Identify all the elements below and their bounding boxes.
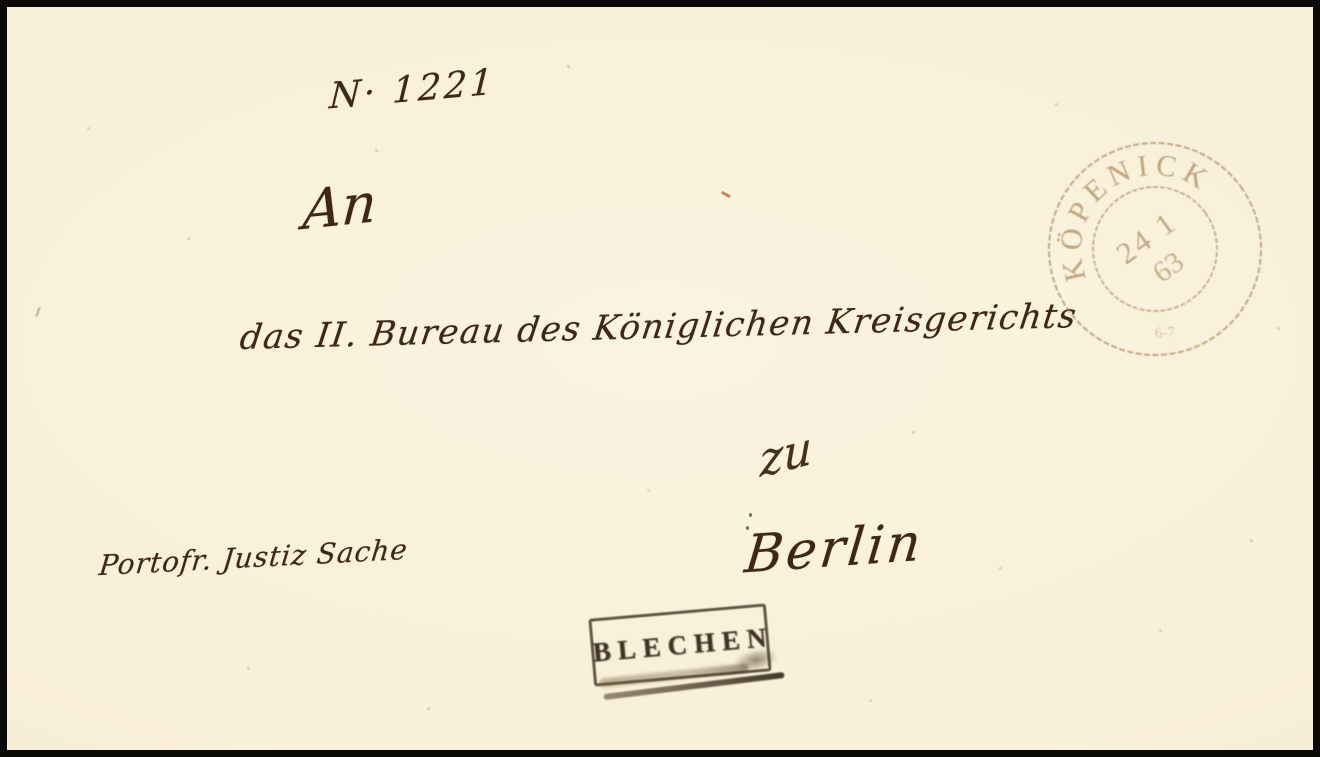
salutation-an: An xyxy=(301,171,379,243)
orange-fiber-speck xyxy=(721,191,731,198)
address-line: das II. Bureau des Königlichen Kreisgeri… xyxy=(238,296,1080,358)
edge-smudge xyxy=(35,307,40,317)
reference-number: N· 1221 xyxy=(328,62,497,118)
letter-cover-paper: N· 1221 An das II. Bureau des Königliche… xyxy=(7,7,1313,750)
address-city: Berlin xyxy=(742,512,927,585)
ink-dot xyxy=(749,513,752,517)
postmark-time-mark: 6-7 xyxy=(1154,324,1176,341)
paper-specks xyxy=(7,7,10,10)
franking-note: Portofr. Justiz Sache xyxy=(97,533,409,582)
koepenick-postmark-icon: KÖPENICK 24 1 63 6-7 xyxy=(1035,129,1275,369)
photo-frame: N· 1221 An das II. Bureau des Königliche… xyxy=(0,0,1320,757)
address-connector: zu xyxy=(760,420,812,489)
